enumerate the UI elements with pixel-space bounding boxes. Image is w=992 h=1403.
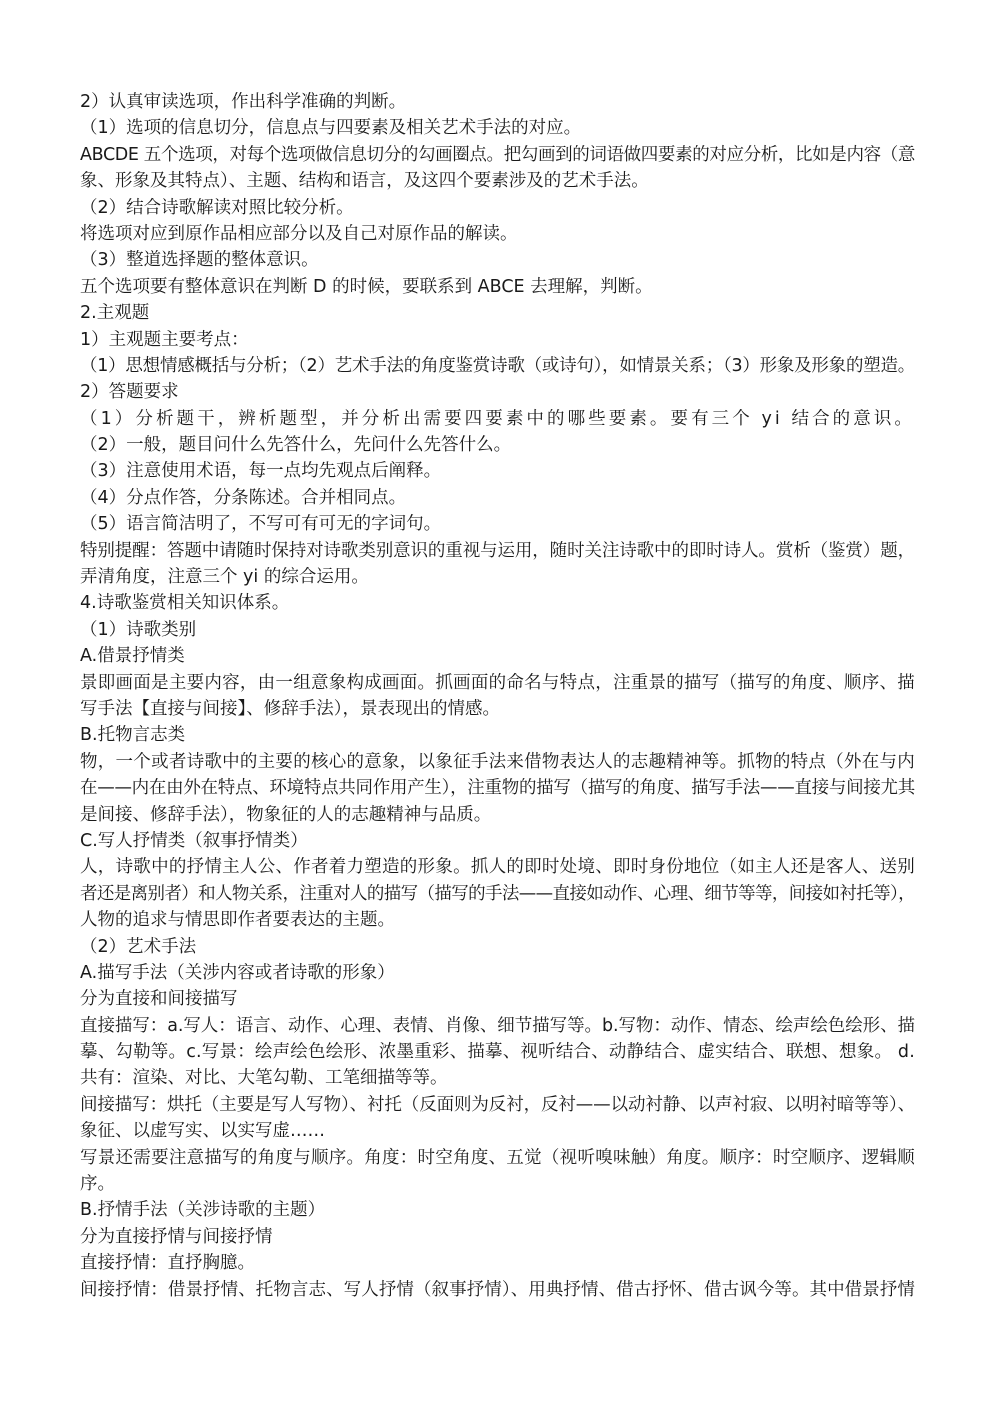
text-line: 间接抒情：借景抒情、托物言志、写人抒情（叙事抒情）、用典抒情、借古抒怀、借古讽今… bbox=[80, 1277, 915, 1303]
text-line: （2）结合诗歌解读对照比较分析。 bbox=[80, 195, 915, 221]
line-text: 特别提醒：答题中请随时保持对诗歌类别意识的重视与运用，随时关注诗歌中的即时诗人。… bbox=[80, 538, 915, 564]
text-line: 1）主观题主要考点： bbox=[80, 327, 915, 353]
line-text: 2）答题要求 bbox=[80, 379, 179, 405]
line-text: B.托物言志类 bbox=[80, 722, 185, 748]
text-line: 物，一个或者诗歌中的主要的核心的意象，以象征手法来借物表达人的志趣精神等。抓物的… bbox=[80, 749, 915, 775]
line-text: 4.诗歌鉴赏相关知识体系。 bbox=[80, 590, 289, 616]
text-line: （2）艺术手法 bbox=[80, 934, 915, 960]
line-text: （3）注意使用术语，每一点均先观点后阐释。 bbox=[80, 458, 441, 484]
line-text: 摹、勾勒等。c.写景：绘声绘色绘形、浓墨重彩、描摹、视听结合、动静结合、虚实结合… bbox=[80, 1039, 915, 1065]
line-text: （2）一般，题目问什么先答什么，先问什么先答什么。 bbox=[80, 432, 511, 458]
line-text: ABCDE 五个选项，对每个选项做信息切分的勾画圈点。把勾画到的词语做四要素的对… bbox=[80, 142, 915, 168]
line-text: 分为直接抒情与间接抒情 bbox=[80, 1224, 273, 1250]
text-line: （1）选项的信息切分，信息点与四要素及相关艺术手法的对应。 bbox=[80, 115, 915, 141]
text-line: 特别提醒：答题中请随时保持对诗歌类别意识的重视与运用，随时关注诗歌中的即时诗人。… bbox=[80, 538, 915, 564]
line-text: 在——内在由外在特点、环境特点共同作用产生），注重物的描写（描写的角度、描写手法… bbox=[80, 775, 915, 801]
line-text: A.描写手法（关涉内容或者诗歌的形象） bbox=[80, 960, 395, 986]
text-line: （1）诗歌类别 bbox=[80, 617, 915, 643]
text-line: 在——内在由外在特点、环境特点共同作用产生），注重物的描写（描写的角度、描写手法… bbox=[80, 775, 915, 801]
line-text: （1）分析题干，辨析题型，并分析出需要四要素中的哪些要素。要有三个 yi 结合的… bbox=[80, 406, 915, 432]
line-text: 写手法【直接与间接】、修辞手法），景表现出的情感。 bbox=[80, 696, 500, 722]
document-page: 2）认真审读选项，作出科学准确的判断。（1）选项的信息切分，信息点与四要素及相关… bbox=[0, 0, 992, 1403]
text-line: 人物的追求与情思即作者要表达的主题。 bbox=[80, 907, 915, 933]
text-line: 五个选项要有整体意识在判断 D 的时候，要联系到 ABCE 去理解，判断。 bbox=[80, 274, 915, 300]
line-text: 象征、以虚写实、以实写虚…… bbox=[80, 1118, 325, 1144]
line-text: （2）艺术手法 bbox=[80, 934, 196, 960]
text-line: B.托物言志类 bbox=[80, 722, 915, 748]
text-line: （3）注意使用术语，每一点均先观点后阐释。 bbox=[80, 458, 915, 484]
line-text: （1）诗歌类别 bbox=[80, 617, 196, 643]
line-text: 人物的追求与情思即作者要表达的主题。 bbox=[80, 907, 395, 933]
text-line: 共有：渲染、对比、大笔勾勒、工笔细描等等。 bbox=[80, 1065, 915, 1091]
line-text: （1）选项的信息切分，信息点与四要素及相关艺术手法的对应。 bbox=[80, 115, 581, 141]
text-line: 间接描写：烘托（主要是写人写物）、衬托（反面则为反衬，反衬——以动衬静、以声衬寂… bbox=[80, 1092, 915, 1118]
line-text: 象、形象及其特点）、主题、结构和语言，及这四个要素涉及的艺术手法。 bbox=[80, 168, 649, 194]
line-text: （5）语言简洁明了，不写可有可无的字词句。 bbox=[80, 511, 441, 537]
text-line: 象、形象及其特点）、主题、结构和语言，及这四个要素涉及的艺术手法。 bbox=[80, 168, 915, 194]
line-text: 2.主观题 bbox=[80, 300, 149, 326]
line-text: 写景还需要注意描写的角度与顺序。角度：时空角度、五觉（视听嗅味触）角度。顺序：时… bbox=[80, 1145, 915, 1171]
text-line: C.写人抒情类（叙事抒情类） bbox=[80, 828, 915, 854]
text-line: ABCDE 五个选项，对每个选项做信息切分的勾画圈点。把勾画到的词语做四要素的对… bbox=[80, 142, 915, 168]
line-text: 者还是离别者）和人物关系，注重对人的描写（描写的手法——直接如动作、心理、细节等… bbox=[80, 881, 915, 907]
text-line: （1）思想情感概括与分析；（2）艺术手法的角度鉴赏诗歌（或诗句），如情景关系；（… bbox=[80, 353, 915, 379]
line-text: 弄清角度，注意三个 yi 的综合运用。 bbox=[80, 564, 369, 590]
text-line: 弄清角度，注意三个 yi 的综合运用。 bbox=[80, 564, 915, 590]
line-text: 间接抒情：借景抒情、托物言志、写人抒情（叙事抒情）、用典抒情、借古抒怀、借古讽今… bbox=[80, 1277, 915, 1303]
text-line: 写手法【直接与间接】、修辞手法），景表现出的情感。 bbox=[80, 696, 915, 722]
text-line: A.借景抒情类 bbox=[80, 643, 915, 669]
line-text: 五个选项要有整体意识在判断 D 的时候，要联系到 ABCE 去理解，判断。 bbox=[80, 274, 653, 300]
text-line: （1）分析题干，辨析题型，并分析出需要四要素中的哪些要素。要有三个 yi 结合的… bbox=[80, 406, 915, 432]
text-line: 人，诗歌中的抒情主人公、作者着力塑造的形象。抓人的即时处境、即时身份地位（如主人… bbox=[80, 854, 915, 880]
line-text: 直接描写：a.写人：语言、动作、心理、表情、肖像、细节描写等。b.写物：动作、情… bbox=[80, 1013, 915, 1039]
line-text: 物，一个或者诗歌中的主要的核心的意象，以象征手法来借物表达人的志趣精神等。抓物的… bbox=[80, 749, 915, 775]
line-text: B.抒情手法（关涉诗歌的主题） bbox=[80, 1197, 325, 1223]
text-line: 景即画面是主要内容，由一组意象构成画面。抓画面的命名与特点，注重景的描写（描写的… bbox=[80, 670, 915, 696]
line-text: 直接抒情：直抒胸臆。 bbox=[80, 1250, 255, 1276]
line-text: （1）思想情感概括与分析；（2）艺术手法的角度鉴赏诗歌（或诗句），如情景关系；（… bbox=[80, 353, 915, 379]
line-text: 序。 bbox=[80, 1171, 115, 1197]
text-line: 2）认真审读选项，作出科学准确的判断。 bbox=[80, 89, 915, 115]
line-text: A.借景抒情类 bbox=[80, 643, 185, 669]
text-line: 直接描写：a.写人：语言、动作、心理、表情、肖像、细节描写等。b.写物：动作、情… bbox=[80, 1013, 915, 1039]
line-text: 分为直接和间接描写 bbox=[80, 986, 238, 1012]
line-text: 共有：渲染、对比、大笔勾勒、工笔细描等等。 bbox=[80, 1065, 448, 1091]
text-line: （5）语言简洁明了，不写可有可无的字词句。 bbox=[80, 511, 915, 537]
line-text: （2）结合诗歌解读对照比较分析。 bbox=[80, 195, 354, 221]
text-line: 2）答题要求 bbox=[80, 379, 915, 405]
text-line: （3）整道选择题的整体意识。 bbox=[80, 247, 915, 273]
text-line: 写景还需要注意描写的角度与顺序。角度：时空角度、五觉（视听嗅味触）角度。顺序：时… bbox=[80, 1145, 915, 1171]
text-line: 直接抒情：直抒胸臆。 bbox=[80, 1250, 915, 1276]
line-text: 将选项对应到原作品相应部分以及自己对原作品的解读。 bbox=[80, 221, 518, 247]
text-line: 象征、以虚写实、以实写虚…… bbox=[80, 1118, 915, 1144]
text-line: 将选项对应到原作品相应部分以及自己对原作品的解读。 bbox=[80, 221, 915, 247]
text-line: 2.主观题 bbox=[80, 300, 915, 326]
text-line: 是间接、修辞手法），物象征的人的志趣精神与品质。 bbox=[80, 802, 915, 828]
line-text: 是间接、修辞手法），物象征的人的志趣精神与品质。 bbox=[80, 802, 491, 828]
text-line: 序。 bbox=[80, 1171, 915, 1197]
text-line: A.描写手法（关涉内容或者诗歌的形象） bbox=[80, 960, 915, 986]
line-text: 景即画面是主要内容，由一组意象构成画面。抓画面的命名与特点，注重景的描写（描写的… bbox=[80, 670, 915, 696]
text-line: 者还是离别者）和人物关系，注重对人的描写（描写的手法——直接如动作、心理、细节等… bbox=[80, 881, 915, 907]
text-line: 摹、勾勒等。c.写景：绘声绘色绘形、浓墨重彩、描摹、视听结合、动静结合、虚实结合… bbox=[80, 1039, 915, 1065]
text-line: 分为直接和间接描写 bbox=[80, 986, 915, 1012]
line-text: （4）分点作答，分条陈述。合并相同点。 bbox=[80, 485, 406, 511]
line-text: 间接描写：烘托（主要是写人写物）、衬托（反面则为反衬，反衬——以动衬静、以声衬寂… bbox=[80, 1092, 915, 1118]
text-line: （2）一般，题目问什么先答什么，先问什么先答什么。 bbox=[80, 432, 915, 458]
line-text: C.写人抒情类（叙事抒情类） bbox=[80, 828, 308, 854]
text-line: 4.诗歌鉴赏相关知识体系。 bbox=[80, 590, 915, 616]
line-text: （3）整道选择题的整体意识。 bbox=[80, 247, 319, 273]
text-block: 2）认真审读选项，作出科学准确的判断。（1）选项的信息切分，信息点与四要素及相关… bbox=[80, 89, 915, 1303]
text-line: 分为直接抒情与间接抒情 bbox=[80, 1224, 915, 1250]
text-line: （4）分点作答，分条陈述。合并相同点。 bbox=[80, 485, 915, 511]
text-line: B.抒情手法（关涉诗歌的主题） bbox=[80, 1197, 915, 1223]
line-text: 1）主观题主要考点： bbox=[80, 327, 249, 353]
line-text: 人，诗歌中的抒情主人公、作者着力塑造的形象。抓人的即时处境、即时身份地位（如主人… bbox=[80, 854, 915, 880]
line-text: 2）认真审读选项，作出科学准确的判断。 bbox=[80, 89, 406, 115]
